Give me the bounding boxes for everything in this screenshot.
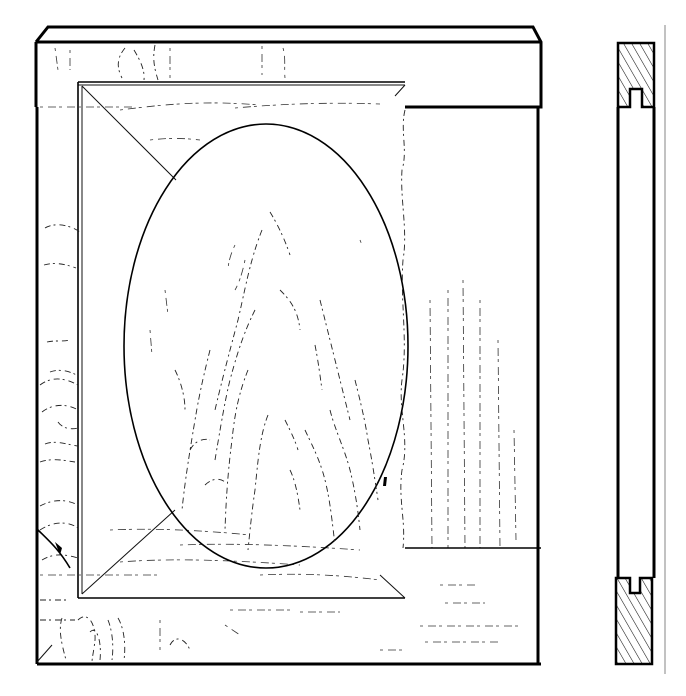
right-stile bbox=[401, 107, 538, 664]
oval-panel bbox=[124, 124, 408, 568]
section-panel bbox=[618, 107, 654, 578]
section-bottom-rail bbox=[616, 578, 652, 664]
panel-field bbox=[82, 85, 405, 598]
cross-section bbox=[616, 25, 665, 674]
top-rail bbox=[36, 27, 541, 107]
left-stile bbox=[36, 42, 160, 664]
frame-drawing bbox=[0, 0, 686, 696]
diagram-canvas bbox=[0, 0, 686, 696]
section-top-rail bbox=[618, 43, 654, 107]
front-elevation bbox=[36, 27, 541, 664]
